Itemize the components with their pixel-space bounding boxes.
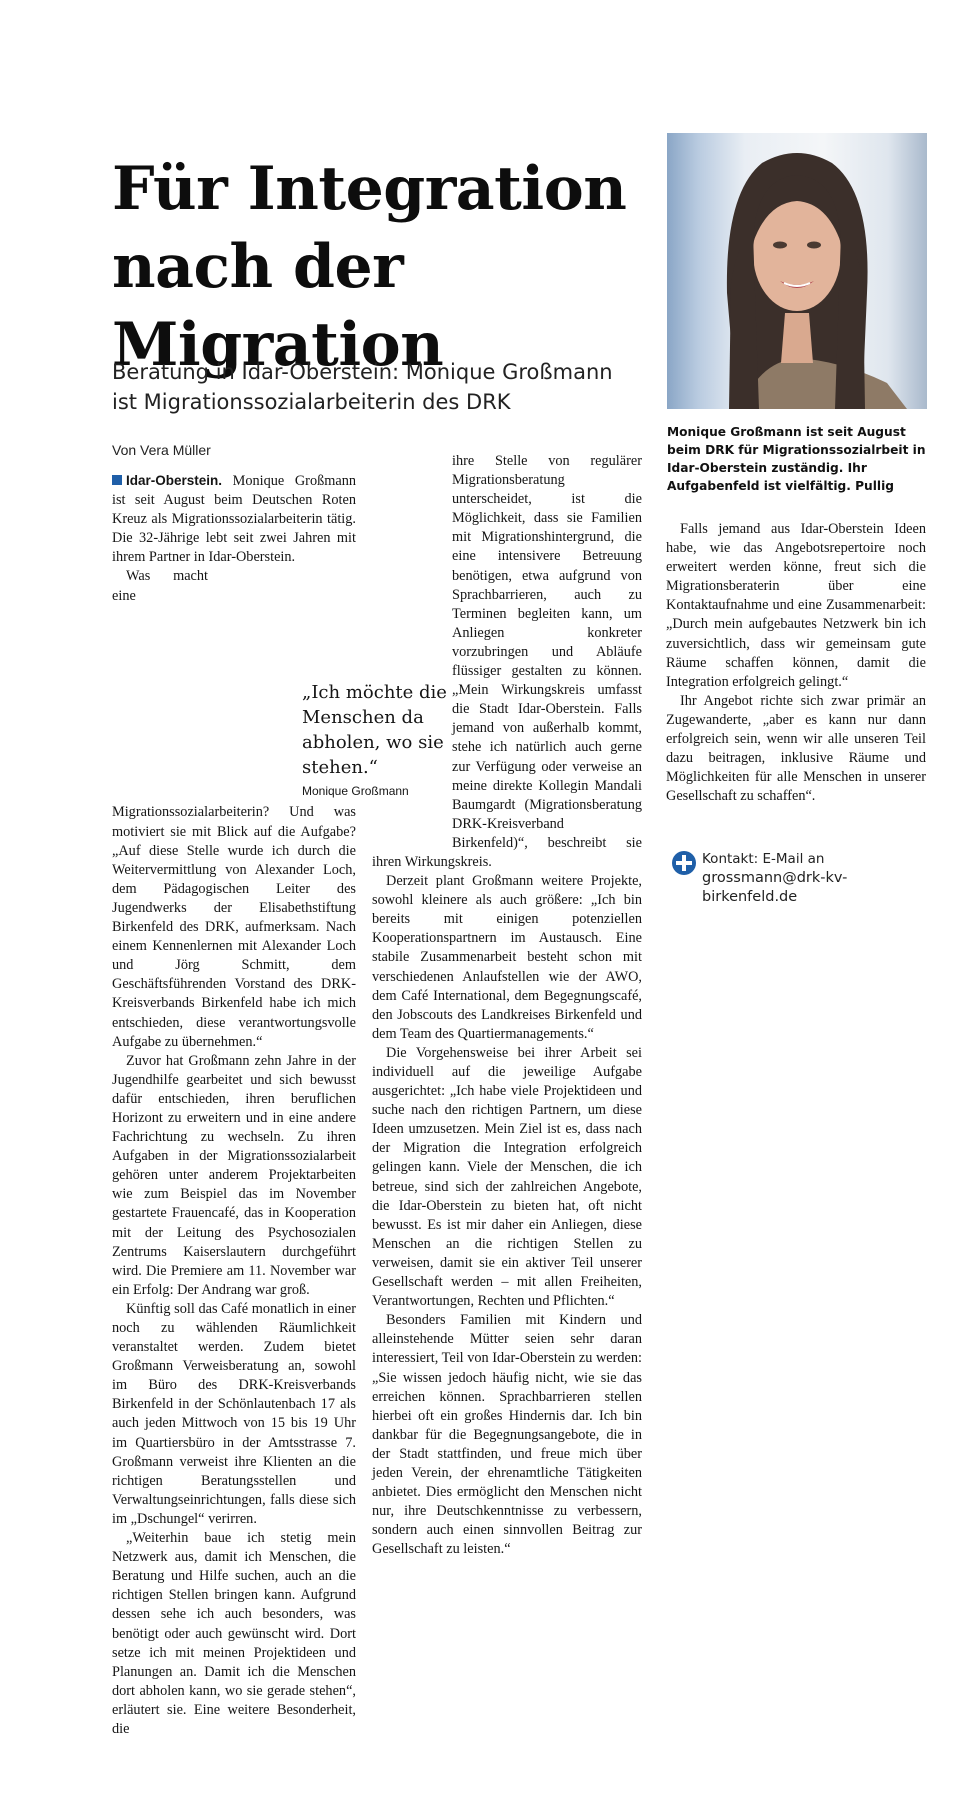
subheadline-line: Beratung in Idar-Oberstein: Monique Groß… [112, 357, 652, 387]
contact-email-link[interactable]: grossmann@drk-kv-birkenfeld.de [702, 870, 847, 905]
section-marker-icon [112, 475, 122, 485]
portrait-photo [667, 133, 927, 409]
paragraph: Zuvor hat Großmann zehn Jahre in der Jug… [112, 1052, 356, 1300]
contact-box: Kontakt: E-Mail an grossmann@drk-kv-birk… [672, 850, 932, 907]
paragraph: „Weiterhin baue ich stetig mein Netzwerk… [112, 1529, 356, 1739]
dateline: Idar-Oberstein. [126, 473, 222, 488]
portrait-illustration [667, 133, 927, 409]
paragraph: ihre Stelle von regulärer Migrationsbera… [372, 452, 642, 872]
article-column-3: Falls jemand aus Idar-Oberstein Ideen ha… [666, 520, 926, 806]
pullquote-text: „Ich möchte die Menschen da abholen, wo … [302, 680, 452, 780]
paragraph: Derzeit plant Großmann weitere Projekte,… [372, 872, 642, 1044]
paragraph: Falls jemand aus Idar-Oberstein Ideen ha… [666, 520, 926, 692]
article-column-1: Idar-Oberstein. Monique Großmann ist sei… [112, 471, 356, 1739]
plus-circle-icon [672, 851, 696, 875]
paragraph: Künftig soll das Café monatlich in einer… [112, 1300, 356, 1529]
paragraph: Was macht eine Migrationssozialarbeiteri… [112, 567, 356, 1051]
headline-line: Für Integration [112, 150, 652, 228]
headline: Für Integration nach der Migration [112, 150, 652, 384]
paragraph: Ihr Angebot richte sich zwar primär an Z… [666, 692, 926, 807]
contact-label: Kontakt: E-Mail an [702, 851, 824, 867]
article-column-2: ihre Stelle von regulärer Migrationsbera… [372, 452, 642, 1559]
subheadline: Beratung in Idar-Oberstein: Monique Groß… [112, 357, 652, 417]
contact-text: Kontakt: E-Mail an grossmann@drk-kv-birk… [702, 850, 932, 907]
paragraph: Besonders Familien mit Kindern und allei… [372, 1311, 642, 1559]
newspaper-page: Für Integration nach der Migration Berat… [0, 0, 960, 1820]
photo-caption: Monique Großmann ist seit August beim DR… [667, 423, 929, 495]
paragraph: Die Vorgehensweise bei ihrer Arbeit sei … [372, 1044, 642, 1311]
lead-paragraph: Idar-Oberstein. Monique Großmann ist sei… [112, 471, 356, 567]
subheadline-line: ist Migrationssozialarbeiterin des DRK [112, 387, 652, 417]
pullquote: „Ich möchte die Menschen da abholen, wo … [302, 680, 452, 800]
headline-line: nach der [112, 228, 652, 306]
byline: Von Vera Müller [112, 442, 211, 458]
pullquote-source: Monique Großmann [302, 782, 452, 800]
